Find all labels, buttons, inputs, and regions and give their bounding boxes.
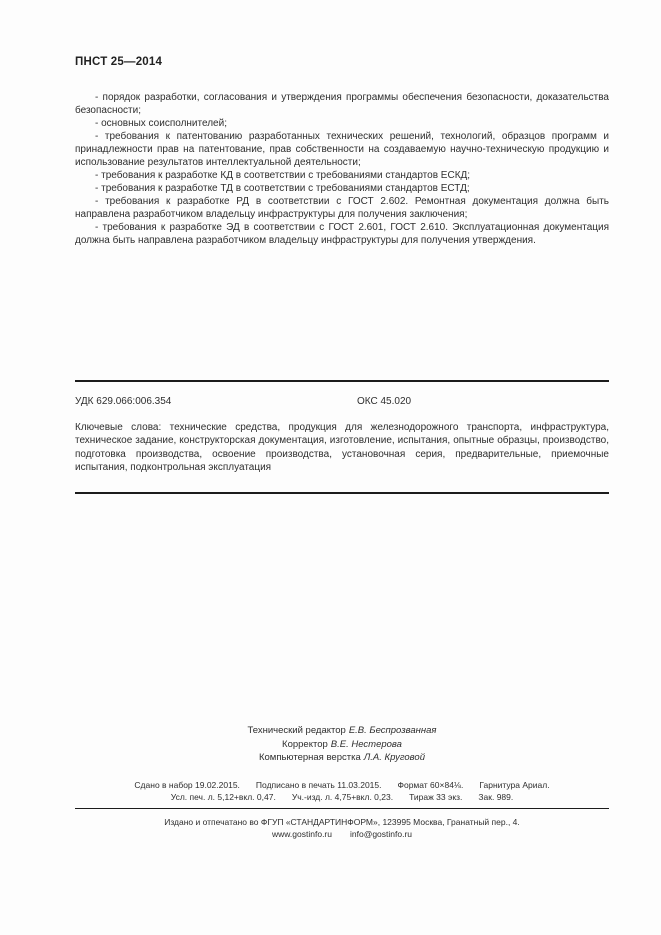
body-paragraph: - требования к разработке РД в соответст… bbox=[75, 195, 609, 221]
credit-label: Корректор bbox=[282, 739, 328, 750]
publisher-address: Издано и отпечатано во ФГУП «СТАНДАРТИНФ… bbox=[75, 816, 609, 828]
credit-line: Компьютерная версткаЛ.А. Круговой bbox=[75, 751, 609, 765]
standard-designation: ПНСТ 25—2014 bbox=[75, 56, 162, 68]
imprint-line-2: Усл. печ. л. 5,12+вкл. 0,47. Уч.-изд. л.… bbox=[75, 791, 609, 803]
body-text-block: - порядок разработки, согласования и утв… bbox=[75, 91, 609, 247]
document-page: ПНСТ 25—2014 - порядок разработки, согла… bbox=[0, 0, 661, 935]
imprint-block: Сдано в набор 19.02.2015. Подписано в пе… bbox=[75, 779, 609, 803]
publisher-website: www.gostinfo.ru bbox=[272, 828, 332, 840]
credit-name: Л.А. Круговой bbox=[364, 752, 425, 763]
credit-line: Технический редакторЕ.В. Беспрозванная bbox=[75, 724, 609, 738]
editorial-credits: Технический редакторЕ.В. Беспрозванная К… bbox=[75, 724, 609, 765]
imprint-item: Усл. печ. л. 5,12+вкл. 0,47. bbox=[171, 791, 276, 803]
credit-label: Компьютерная верстка bbox=[259, 752, 361, 763]
imprint-item: Тираж 33 экз. bbox=[409, 791, 462, 803]
keywords-paragraph: Ключевые слова: технические средства, пр… bbox=[75, 421, 609, 474]
horizontal-rule-top bbox=[75, 380, 609, 382]
body-paragraph: - требования к разработке ТД в соответст… bbox=[75, 182, 609, 195]
credit-label: Технический редактор bbox=[248, 725, 346, 736]
udk-code: УДК 629.066:006.354 bbox=[75, 396, 171, 407]
classification-row: УДК 629.066:006.354 ОКС 45.020 bbox=[75, 396, 609, 407]
publisher-email: info@gostinfo.ru bbox=[350, 828, 412, 840]
body-paragraph: - основных соисполнителей; bbox=[75, 117, 609, 130]
credit-name: В.Е. Нестерова bbox=[331, 739, 402, 750]
imprint-item: Формат 60×84⅛. bbox=[398, 779, 464, 791]
credit-line: КорректорВ.Е. Нестерова bbox=[75, 738, 609, 752]
publisher-block: Издано и отпечатано во ФГУП «СТАНДАРТИНФ… bbox=[75, 816, 609, 840]
body-paragraph: - требования к разработке КД в соответст… bbox=[75, 169, 609, 182]
imprint-item: Уч.-изд. л. 4,75+вкл. 0,23. bbox=[292, 791, 393, 803]
credit-name: Е.В. Беспрозванная bbox=[349, 725, 437, 736]
imprint-item: Подписано в печать 11.03.2015. bbox=[256, 779, 382, 791]
body-paragraph: - требования к разработке ЭД в соответст… bbox=[75, 221, 609, 247]
oks-code: ОКС 45.020 bbox=[357, 396, 411, 407]
imprint-item: Гарнитура Ариал. bbox=[479, 779, 549, 791]
horizontal-rule-bottom bbox=[75, 808, 609, 809]
imprint-line-1: Сдано в набор 19.02.2015. Подписано в пе… bbox=[75, 779, 609, 791]
imprint-item: Сдано в набор 19.02.2015. bbox=[134, 779, 240, 791]
imprint-item: Зак. 989. bbox=[478, 791, 513, 803]
publisher-contacts: www.gostinfo.ru info@gostinfo.ru bbox=[75, 828, 609, 840]
body-paragraph: - порядок разработки, согласования и утв… bbox=[75, 91, 609, 117]
horizontal-rule-middle bbox=[75, 492, 609, 494]
body-paragraph: - требования к патентованию разработанны… bbox=[75, 130, 609, 169]
